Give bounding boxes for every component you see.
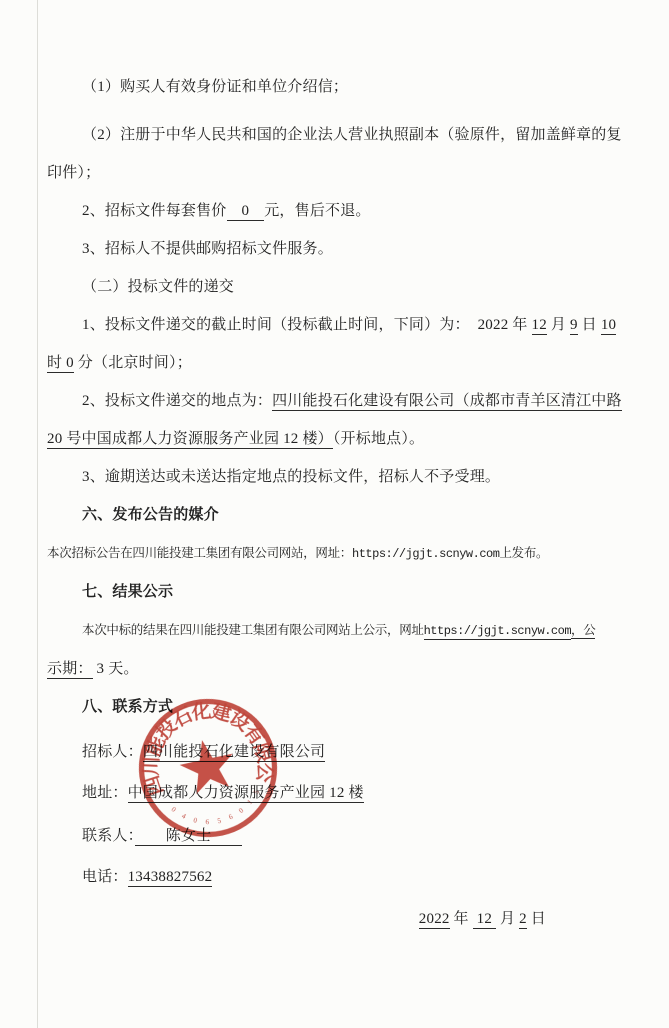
doc-line-tenderer: 招标人：四川能投石化建设有限公司 bbox=[47, 732, 625, 773]
text-price-suffix: 元，售后不退。 bbox=[264, 203, 370, 219]
text-late-delivery: 3、逾期送达或未送达指定地点的投标文件，招标人不予受理。 bbox=[82, 469, 500, 485]
text-announcement-prefix: 本次招标公告在四川能投建工集团有限公司网站，网址： bbox=[47, 546, 352, 560]
text-license-1: （2）注册于中华人民共和国的企业法人营业执照副本（验原件，留加盖鲜章的复 bbox=[82, 127, 622, 143]
deadline-month-blank: 12 bbox=[532, 317, 547, 335]
phone-value: 13438827562 bbox=[128, 869, 213, 887]
doc-line-result-site-1: 本次中标的结果在四川能投建工集团有限公司网站上公示，网址https://jgjt… bbox=[47, 611, 625, 650]
address-value: 中国成都人力资源服务产业园 12 楼 bbox=[128, 785, 364, 803]
deadline-day-blank: 9 bbox=[570, 317, 578, 335]
doc-line-phone: 电话：13438827562 bbox=[47, 857, 625, 898]
doc-line-license-2: 印件）； bbox=[47, 154, 625, 192]
deadline-minute-blank: 时 0 bbox=[47, 355, 74, 373]
date-year-value: 2022 bbox=[419, 911, 450, 929]
text-day-label: 日 bbox=[578, 317, 601, 333]
doc-line-no-mail: 3、招标人不提供邮购招标文件服务。 bbox=[47, 230, 625, 268]
text-deadline-prefix: 1、投标文件递交的截止时间（投标截止时间，下同）为： 2022 年 bbox=[82, 317, 532, 333]
doc-date-line: 2022 年 12 月 2 日 bbox=[47, 900, 625, 938]
contact-person-value: 陈女士 bbox=[135, 828, 241, 846]
text-beijing-time: 分（北京时间）； bbox=[74, 355, 192, 371]
text-address-label: 地址： bbox=[82, 785, 128, 801]
doc-heading-contact: 八、联系方式 bbox=[47, 688, 625, 726]
result-url: https://jgjt.scnyw.com bbox=[424, 624, 571, 640]
doc-line-buyer-id: （1）购买人有效身份证和单位介绍信； bbox=[47, 68, 625, 106]
text-heading-result: 七、结果公示 bbox=[82, 584, 173, 600]
text-announcement-suffix: 上发布。 bbox=[499, 546, 548, 560]
text-price-prefix: 2、招标文件每套售价 bbox=[82, 203, 227, 219]
doc-line-place-2: 20 号中国成都人力资源服务产业园 12 楼）（开标地点）。 bbox=[47, 420, 625, 458]
doc-line-result-site-2: 示期： 3 天。 bbox=[47, 650, 625, 688]
doc-line-address: 地址：中国成都人力资源服务产业园 12 楼 bbox=[47, 773, 625, 814]
date-day-value: 2 bbox=[519, 911, 527, 929]
text-result-wrap: ，公 bbox=[571, 623, 595, 639]
price-blank-value: 0 bbox=[227, 203, 265, 221]
doc-heading-result: 七、结果公示 bbox=[47, 573, 625, 611]
doc-heading-submission: （二）投标文件的递交 bbox=[47, 268, 625, 306]
text-heading-submission: （二）投标文件的递交 bbox=[82, 279, 234, 295]
text-contact-person-label: 联系人： bbox=[82, 828, 135, 844]
text-result-prefix: 本次中标的结果在四川能投建工集团有限公司网站上公示，网址 bbox=[82, 623, 424, 637]
doc-line-announcement-site: 本次招标公告在四川能投建工集团有限公司网站，网址：https://jgjt.sc… bbox=[47, 534, 625, 573]
doc-line-late-delivery: 3、逾期送达或未送达指定地点的投标文件，招标人不予受理。 bbox=[47, 458, 625, 496]
doc-line-license-1: （2）注册于中华人民共和国的企业法人营业执照副本（验原件，留加盖鲜章的复 bbox=[47, 116, 625, 154]
text-heading-media: 六、发布公告的媒介 bbox=[82, 507, 219, 523]
place-value-1: 四川能投石化建设有限公司（成都市青羊区清江中路 bbox=[272, 393, 622, 411]
text-publicity-period-label: 示期： bbox=[47, 661, 93, 679]
document-page: （1）购买人有效身份证和单位介绍信； （2）注册于中华人民共和国的企业法人营业执… bbox=[0, 0, 669, 938]
text-publicity-period-value: 3 天。 bbox=[93, 661, 139, 677]
doc-line-place-1: 2、投标文件递交的地点为：四川能投石化建设有限公司（成都市青羊区清江中路 bbox=[47, 382, 625, 420]
date-month-label: 月 bbox=[496, 911, 519, 927]
date-year-label: 年 bbox=[450, 911, 473, 927]
text-month-label: 月 bbox=[547, 317, 570, 333]
doc-line-contact-person: 联系人： 陈女士 bbox=[47, 816, 625, 857]
text-buyer-id: （1）购买人有效身份证和单位介绍信； bbox=[82, 79, 348, 95]
doc-line-price: 2、招标文件每套售价0元，售后不退。 bbox=[47, 192, 625, 230]
doc-heading-media: 六、发布公告的媒介 bbox=[47, 496, 625, 534]
text-tenderer-label: 招标人： bbox=[82, 744, 143, 760]
date-day-label: 日 bbox=[527, 911, 546, 927]
text-no-mail: 3、招标人不提供邮购招标文件服务。 bbox=[82, 241, 333, 257]
text-place-prefix: 2、投标文件递交的地点为： bbox=[82, 393, 272, 409]
text-opening-place: （开标地点）。 bbox=[333, 431, 424, 447]
announcement-url: https://jgjt.scnyw.com bbox=[352, 547, 499, 561]
place-value-2: 20 号中国成都人力资源服务产业园 12 楼） bbox=[47, 431, 333, 449]
text-heading-contact: 八、联系方式 bbox=[82, 699, 173, 715]
tenderer-value: 四川能投石化建设有限公司 bbox=[143, 744, 325, 762]
date-month-value: 12 bbox=[473, 911, 496, 929]
doc-line-deadline-2: 时 0 分（北京时间）； bbox=[47, 344, 625, 382]
doc-line-deadline-1: 1、投标文件递交的截止时间（投标截止时间，下同）为： 2022 年 12 月 9… bbox=[47, 306, 625, 344]
text-phone-label: 电话： bbox=[82, 869, 128, 885]
deadline-hour-blank: 10 bbox=[601, 317, 616, 335]
text-license-2: 印件）； bbox=[47, 165, 100, 181]
